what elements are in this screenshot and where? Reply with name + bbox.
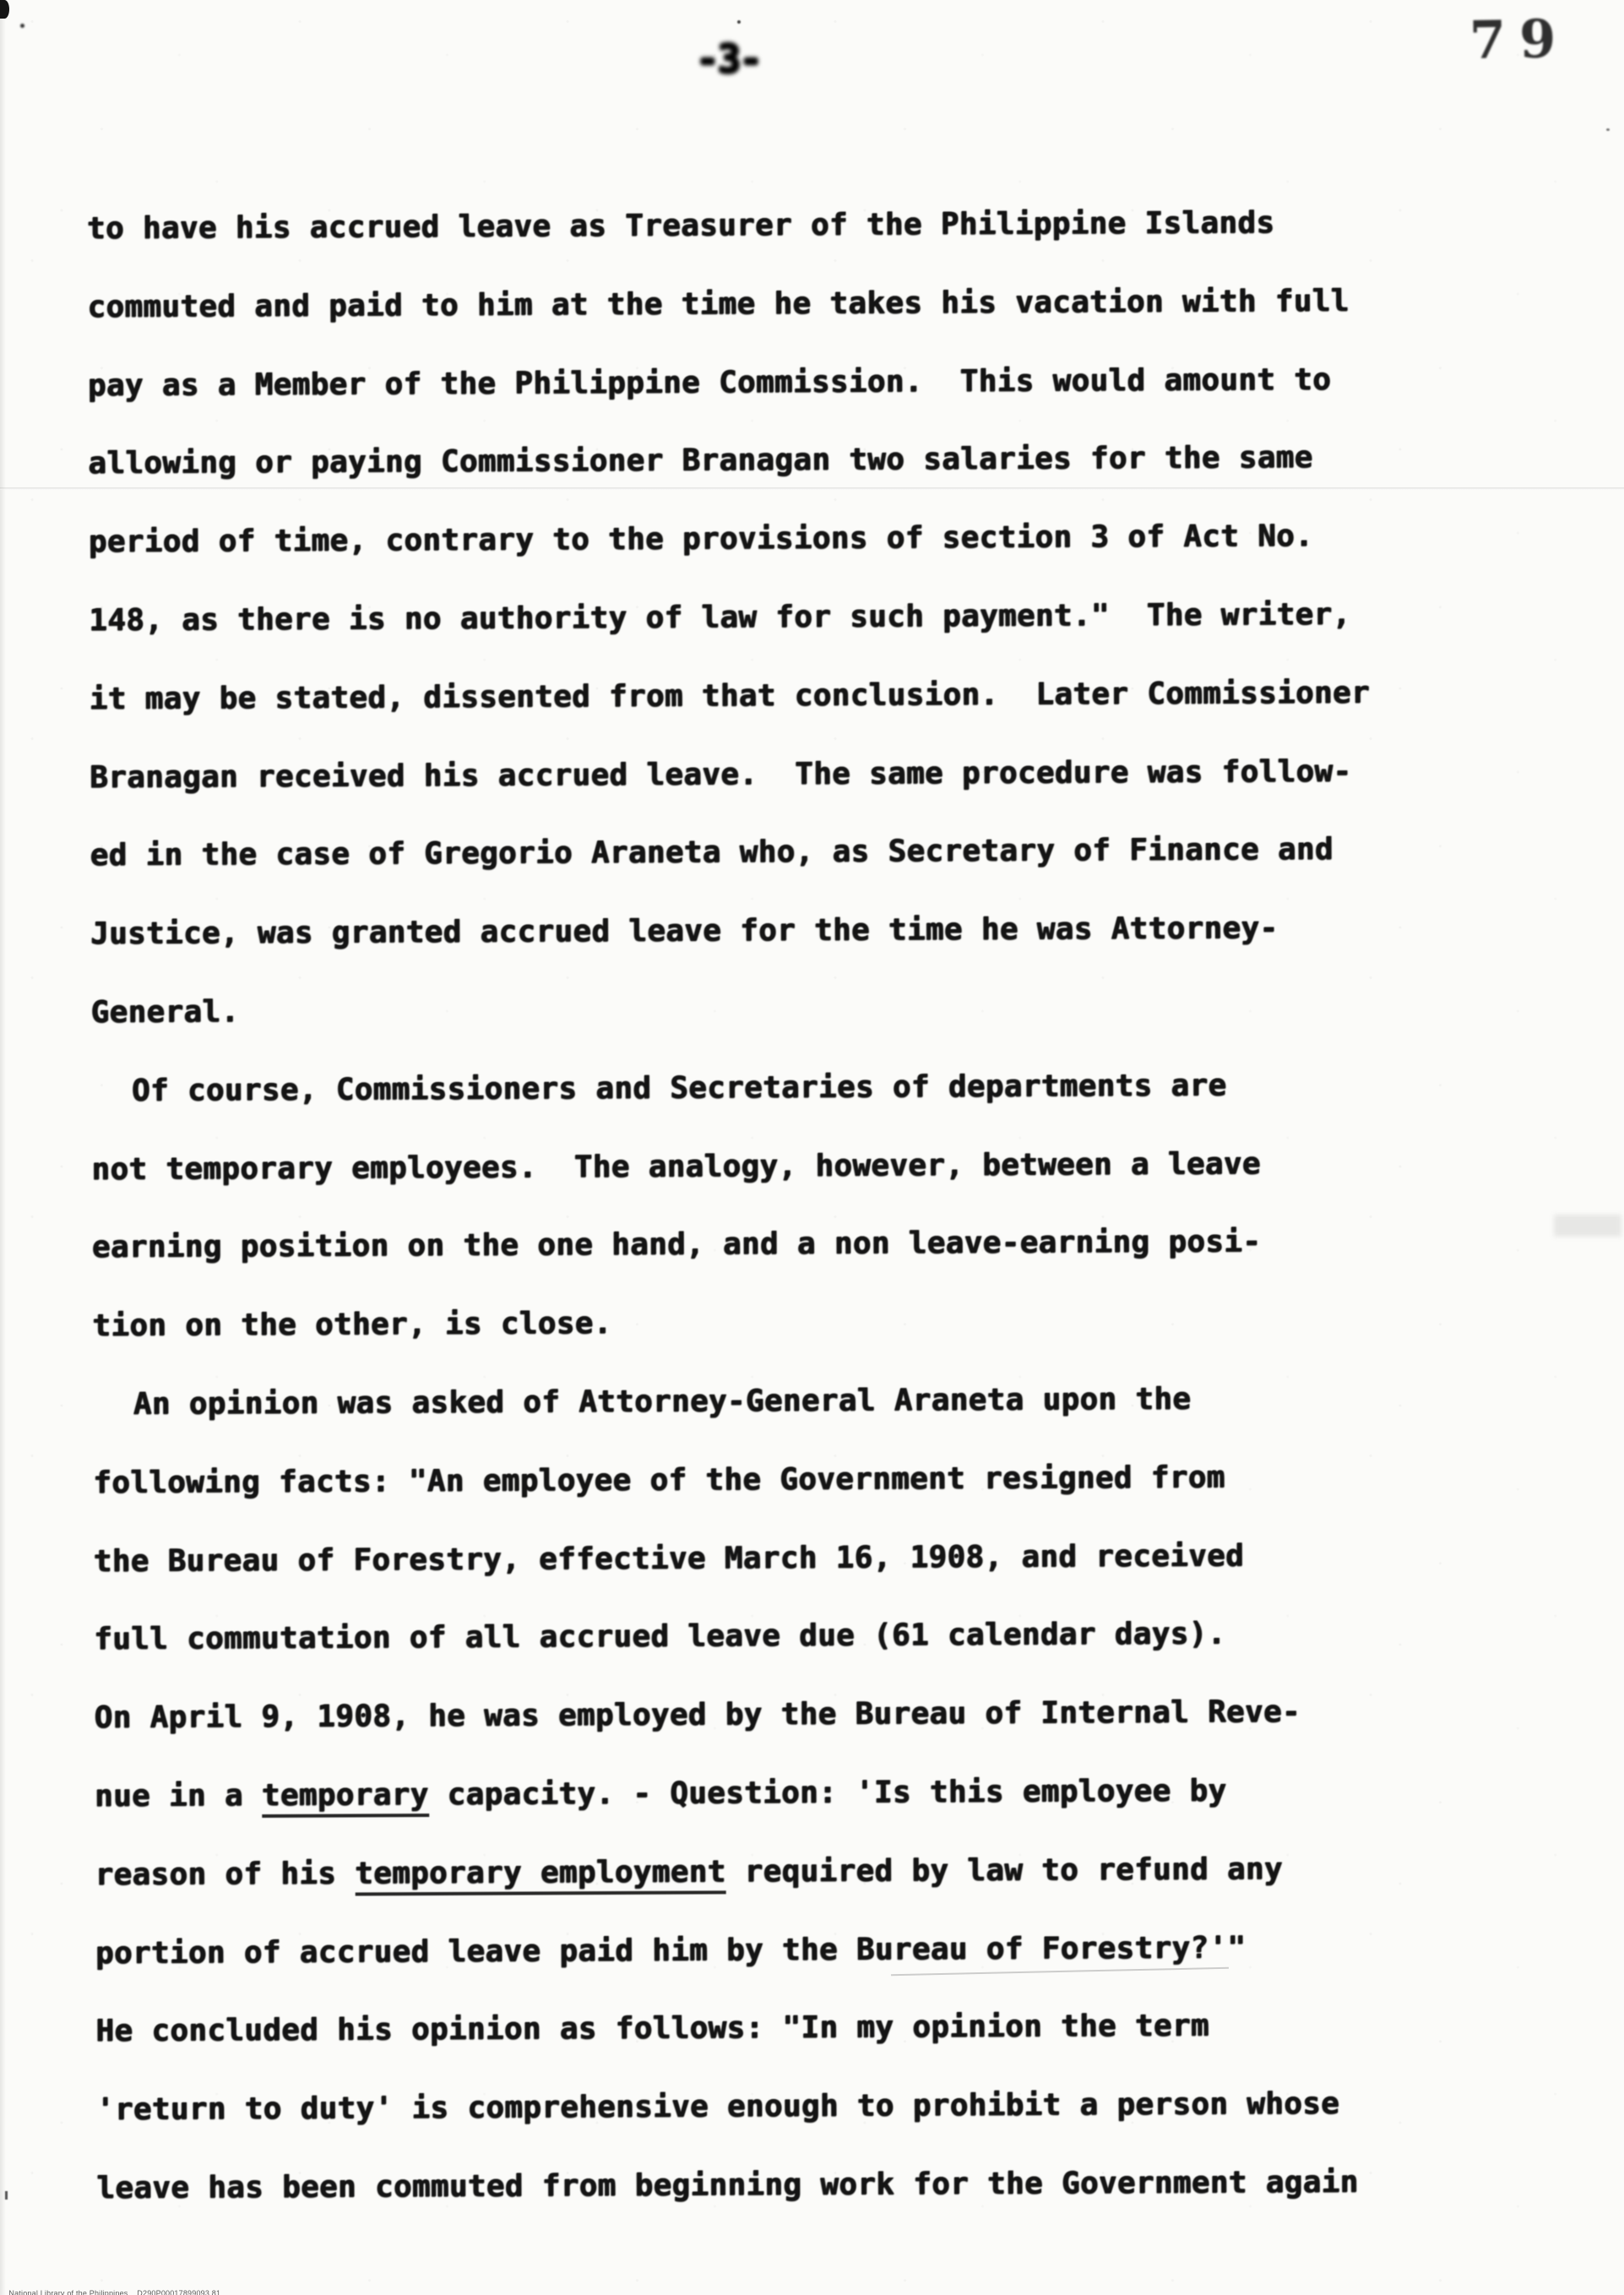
scan-edge-shadow — [0, 0, 6, 2295]
ink-speck — [1606, 128, 1610, 131]
text-line: pay as a Member of the Philippine Commis… — [88, 362, 1439, 447]
text-line: the Bureau of Forestry, effective March … — [94, 1537, 1445, 1623]
ink-speck — [737, 20, 741, 24]
text-line: tion on the other, is close. — [92, 1302, 1443, 1387]
page-number-stamp: 79 — [1469, 8, 1570, 71]
ink-speck — [5, 2191, 8, 2200]
text-segment: allowing or paying Commissioner Branagan… — [88, 440, 1312, 481]
text-line: portion of accrued leave paid him by the… — [95, 1929, 1447, 2015]
text-line: Branagan received his accrued leave. The… — [90, 753, 1441, 839]
text-segment: portion of accrued leave paid him by the… — [95, 1930, 1247, 1971]
text-line: period of time, contrary to the provisio… — [89, 518, 1440, 603]
text-line: An opinion was asked of Attorney-General… — [93, 1380, 1444, 1466]
text-segment: full commutation of all accrued leave du… — [94, 1617, 1226, 1657]
text-segment: capacity. - Question: 'Is this employee … — [429, 1773, 1227, 1812]
text-segment: He concluded his opinion as follows: "In… — [95, 2009, 1209, 2048]
text-segment: it may be stated, dissented from that co… — [90, 675, 1370, 715]
text-segment: Justice, was granted accrued leave for t… — [90, 911, 1279, 951]
text-line: to have his accrued leave as Treasurer o… — [87, 204, 1438, 290]
text-line: 'return to duty' is comprehensive enough… — [96, 2086, 1447, 2171]
text-line: full commutation of all accrued leave du… — [94, 1616, 1445, 1701]
text-segment: tion on the other, is close. — [92, 1306, 611, 1343]
text-line: Justice, was granted accrued leave for t… — [90, 910, 1442, 995]
text-segment: An opinion was asked of Attorney-General… — [133, 1382, 1192, 1422]
text-body: to have his accrued leave as Treasurer o… — [87, 204, 1448, 2249]
text-line: reason of his temporary employment requi… — [95, 1851, 1447, 1936]
text-segment: 'return to duty' is comprehensive enough… — [96, 2086, 1339, 2127]
text-line: On April 9, 1908, he was employed by the… — [95, 1694, 1446, 1779]
underlined-text: temporary — [262, 1777, 429, 1818]
page-label: -3- — [696, 35, 761, 81]
text-segment: period of time, contrary to the provisio… — [89, 519, 1313, 559]
text-line: General. — [91, 988, 1442, 1074]
text-line: ed in the case of Gregorio Araneta who, … — [90, 832, 1442, 917]
ink-speck — [20, 24, 24, 28]
text-line: not temporary employees. The analogy, ho… — [91, 1145, 1442, 1231]
text-segment: the Bureau of Forestry, effective March … — [94, 1538, 1245, 1579]
text-segment: required by law to refund any — [726, 1852, 1283, 1889]
text-line: 148, as there is no authority of law for… — [89, 596, 1440, 682]
text-segment: leave has been commuted from beginning w… — [96, 2165, 1358, 2205]
text-segment: Branagan received his accrued leave. The… — [90, 753, 1351, 794]
text-segment: ed in the case of Gregorio Araneta who, … — [90, 832, 1333, 873]
text-line: nue in a temporary capacity. - Question:… — [95, 1772, 1446, 1857]
text-segment: 148, as there is no authority of law for… — [89, 597, 1350, 638]
text-segment: commuted and paid to him at the time he … — [87, 283, 1349, 324]
scan-smudge — [1554, 1215, 1621, 1237]
text-segment: nue in a — [95, 1778, 262, 1814]
text-line: Of course, Commissioners and Secretaries… — [91, 1067, 1442, 1152]
text-segment: to have his accrued leave as Treasurer o… — [87, 205, 1275, 246]
text-segment: On April 9, 1908, he was employed by the… — [95, 1694, 1301, 1735]
text-segment: pay as a Member of the Philippine Commis… — [88, 362, 1331, 402]
text-line: following facts: "An employee of the Gov… — [93, 1459, 1444, 1544]
text-line: allowing or paying Commissioner Branagan… — [88, 440, 1439, 525]
text-line: earning position on the one hand, and a … — [92, 1224, 1443, 1309]
footer-library-label: National Library of the Philippines — [8, 2289, 128, 2295]
underlined-text: temporary employment — [355, 1854, 726, 1895]
text-segment: following facts: "An employee of the Gov… — [93, 1460, 1225, 1500]
text-segment: Of course, Commissioners and Secretaries… — [132, 1068, 1227, 1107]
text-segment: General. — [91, 994, 240, 1030]
text-line: commuted and paid to him at the time he … — [87, 283, 1438, 368]
ink-speck — [0, 0, 9, 19]
text-segment: earning position on the one hand, and a … — [92, 1225, 1262, 1265]
text-line: it may be stated, dissented from that co… — [90, 675, 1441, 760]
footer-microtext: National Library of the Philippines D290… — [4, 2281, 220, 2295]
footer-code: D290P00017899093 81 — [137, 2289, 220, 2295]
text-segment: not temporary employees. The analogy, ho… — [91, 1146, 1261, 1187]
text-line: leave has been commuted from beginning w… — [96, 2164, 1447, 2249]
text-segment: reason of his — [95, 1856, 356, 1892]
text-line: He concluded his opinion as follows: "In… — [95, 2007, 1447, 2092]
footer-spacer — [128, 2289, 137, 2295]
